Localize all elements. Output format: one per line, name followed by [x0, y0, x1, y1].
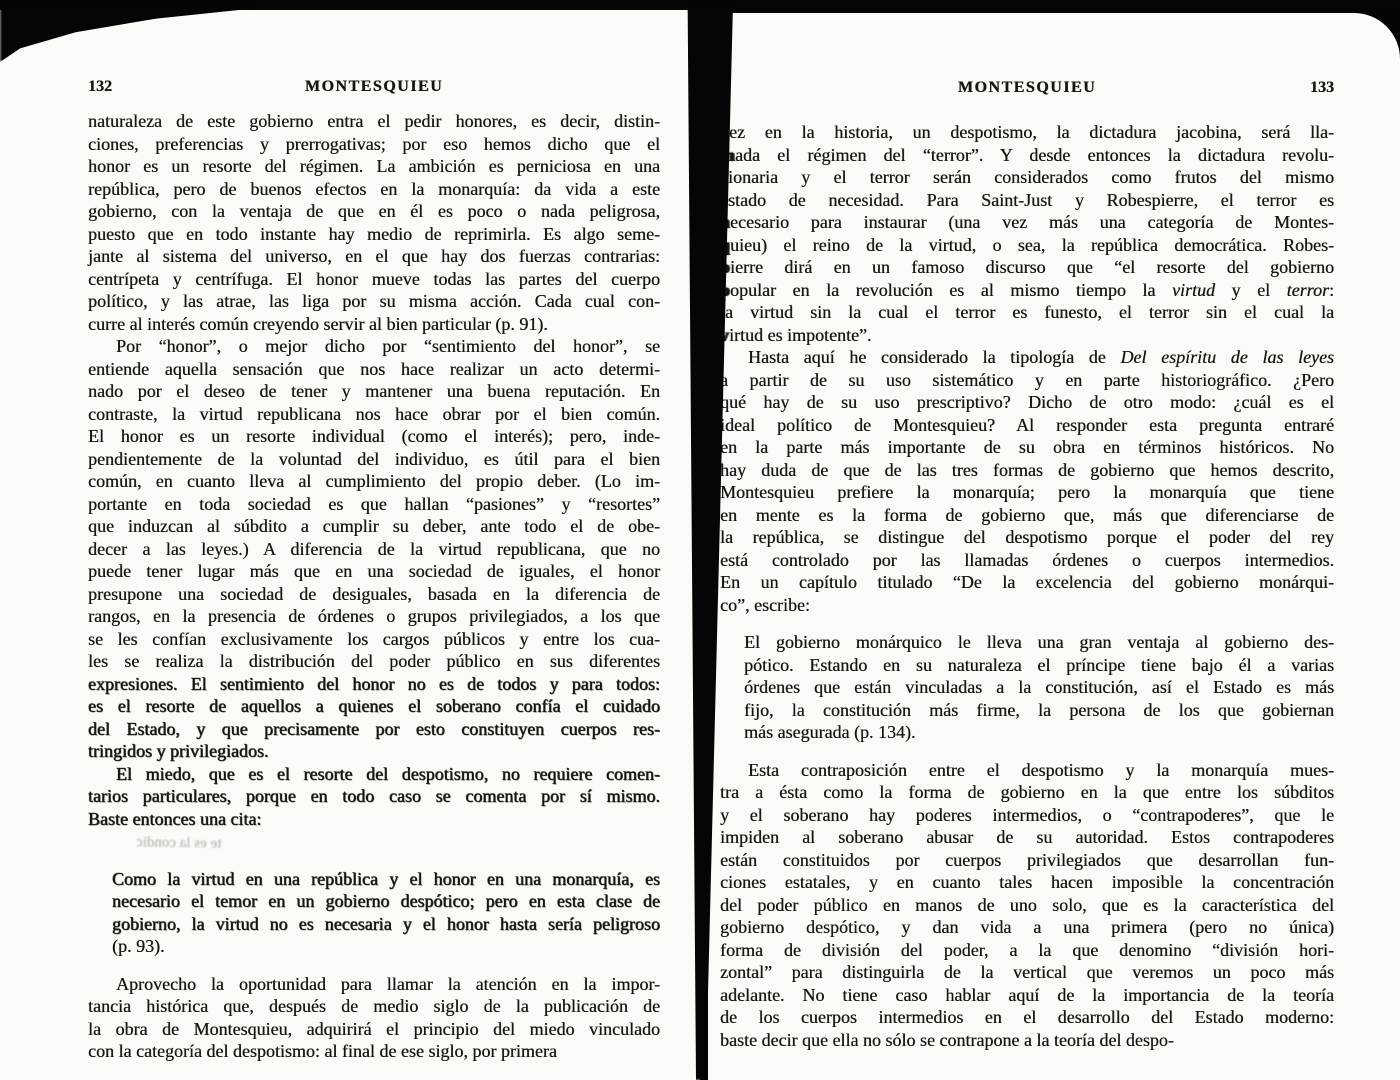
- bleed-through-artifact: te es la condic: [88, 830, 660, 853]
- text-line: El miedo, que es el resorte del despotis…: [88, 763, 660, 786]
- text-line: rangos, en la presencia de órdenes o gru…: [88, 605, 660, 628]
- text-line: estado de necesidad. Para Saint-Just y R…: [720, 189, 1334, 212]
- left-page-header: 132 MONTESQUIEU: [88, 78, 660, 102]
- text-line: entiende aquella sensación que nos hace …: [88, 358, 660, 381]
- text-line: nado por el deseo de tener y mantener un…: [88, 380, 660, 403]
- text-line: que induzcan al súbdito a cumplir su deb…: [88, 515, 660, 538]
- text-line: impiden al soberano abusar de su autorid…: [720, 826, 1334, 849]
- text-line: con la categoría del despotismo: al fina…: [88, 1040, 660, 1063]
- text-line: Por “honor”, o mejor dicho por “sentimie…: [88, 335, 660, 358]
- text-line: Baste entonces una cita:: [88, 808, 660, 831]
- text-line: la república, se distingue del despotism…: [720, 526, 1334, 549]
- right-text-column: vez en la historia, un despotismo, la di…: [720, 121, 1334, 1051]
- text-line: del poder público en manos de uno solo, …: [720, 894, 1334, 917]
- paragraph: El miedo, que es el resorte del despotis…: [88, 763, 660, 831]
- text-line: político, y las atrae, las liga por su m…: [88, 290, 660, 313]
- text-line: honor es un resorte del régimen. La ambi…: [88, 155, 660, 178]
- paragraph: Hasta aquí he considerado la tipología d…: [720, 346, 1334, 616]
- text-line: pendientemente de la voluntad del indivi…: [88, 448, 660, 471]
- text-line: Hasta aquí he considerado la tipología d…: [720, 346, 1334, 369]
- text-line: república, pero de buenos efectos en la …: [88, 178, 660, 201]
- text-line: y el soberano hay poderes intermedios, o…: [720, 804, 1334, 827]
- text-line: En un capítulo titulado “De la excelenci…: [720, 571, 1334, 594]
- paragraph: Esta contraposición entre el despotismo …: [720, 759, 1334, 1052]
- text-line: de los cuerpos intermedios en el desarro…: [720, 1006, 1334, 1029]
- text-line: se les confían exclusivamente los cargos…: [88, 628, 660, 651]
- text-line: les se realiza la distribución del poder…: [88, 650, 660, 673]
- text-line: naturaleza de este gobierno entra el ped…: [88, 110, 660, 133]
- text-line: ideal político de Montesquieu? Al respon…: [720, 414, 1334, 437]
- text-line: en la parte más importante de su obra en…: [720, 436, 1334, 459]
- right-page: MONTESQUIEU 133 vez en la historia, un d…: [708, 13, 1400, 1080]
- text-line: gobierno, con la ventaja de que en él es…: [88, 200, 660, 223]
- text-line: presupone una sociedad de desiguales, ba…: [88, 583, 660, 606]
- text-line: decer a las leyes.) A diferencia de la v…: [88, 538, 660, 561]
- page-number: 133: [1310, 79, 1334, 97]
- paragraph: Por “honor”, o mejor dicho por “sentimie…: [88, 335, 660, 763]
- text-line: hay duda de que de las tres formas de go…: [720, 459, 1334, 482]
- text-line: pótico. Estando en su naturaleza el prín…: [744, 654, 1334, 677]
- text-line: centrípeta y centrífuga. El honor mueve …: [88, 268, 660, 291]
- text-line: pierre dirá en un famoso discurso que “e…: [720, 256, 1334, 279]
- running-head: MONTESQUIEU: [88, 78, 660, 96]
- block-quote: Como la virtud en una república y el hon…: [112, 868, 660, 958]
- text-line: la virtud sin la cual el terror es funes…: [720, 301, 1334, 324]
- text-line: popular en la revolución es al mismo tie…: [720, 279, 1334, 302]
- text-line: a partir de su uso sistemático y en part…: [720, 369, 1334, 392]
- text-line: Como la virtud en una república y el hon…: [112, 868, 660, 891]
- text-line: El gobierno monárquico le lleva una gran…: [744, 631, 1334, 654]
- text-line: órdenes que están vinculadas a la consti…: [744, 676, 1334, 699]
- right-page-header: MONTESQUIEU 133: [720, 79, 1334, 103]
- text-line: portante en toda sociedad es que hallan …: [88, 493, 660, 516]
- paragraph: vez en la historia, un despotismo, la di…: [720, 121, 1334, 346]
- text-line: mada el régimen del “terror”. Y desde en…: [720, 144, 1334, 167]
- text-line: Montesquieu prefiere la monarquía; pero …: [720, 481, 1334, 504]
- left-page: 132 MONTESQUIEU naturaleza de este gobie…: [0, 10, 700, 1080]
- text-line: gobierno despótico, y dan vida a una pri…: [720, 916, 1334, 939]
- text-line: puesto que en todo instante hay medio de…: [88, 223, 660, 246]
- paragraph: naturaleza de este gobierno entra el ped…: [88, 110, 660, 335]
- text-line: Esta contraposición entre el despotismo …: [720, 759, 1334, 782]
- block-quote: El gobierno monárquico le lleva una gran…: [744, 631, 1334, 744]
- text-line: gobierno, la virtud no es necesaria y el…: [112, 913, 660, 936]
- text-line: adelante. No tiene caso hablar aquí de l…: [720, 984, 1334, 1007]
- text-line: común, en cuanto lleva al cumplimiento d…: [88, 470, 660, 493]
- text-line: fijo, la constitución más firme, la pers…: [744, 699, 1334, 722]
- text-line: tringidos y privilegiados.: [88, 740, 660, 763]
- text-line: están constituidos por cuerpos privilegi…: [720, 849, 1334, 872]
- paragraph: Aprovecho la oportunidad para llamar la …: [88, 973, 660, 1063]
- text-line: vez en la historia, un despotismo, la di…: [720, 121, 1334, 144]
- text-line: más asegurada (p. 134).: [744, 721, 1334, 744]
- text-line: curre al interés común creyendo servir a…: [88, 313, 660, 336]
- text-line: quieu) el reino de la virtud, o sea, la …: [720, 234, 1334, 257]
- text-line: está controlado por las llamadas órdenes…: [720, 549, 1334, 572]
- running-head: MONTESQUIEU: [720, 79, 1334, 97]
- text-line: tra a ésta como la forma de gobierno en …: [720, 781, 1334, 804]
- text-line: tarios particulares, porque en todo caso…: [88, 785, 660, 808]
- left-text-column: naturaleza de este gobierno entra el ped…: [88, 110, 660, 1063]
- text-line: necesario para instaurar (una vez más un…: [720, 211, 1334, 234]
- mirrored-bleed-text: te es la condic: [136, 831, 222, 855]
- text-line: es el resorte de aquellos a quienes el s…: [88, 695, 660, 718]
- text-line: cionaria y el terror serán considerados …: [720, 166, 1334, 189]
- text-line: contraste, la virtud republicana nos hac…: [88, 403, 660, 426]
- text-line: ciones, preferencias y prerrogativas; po…: [88, 133, 660, 156]
- text-line: en mente es la forma de gobierno que, má…: [720, 504, 1334, 527]
- text-line: zontal” para distinguirla de la vertical…: [720, 961, 1334, 984]
- text-line: (p. 93).: [112, 935, 660, 958]
- text-line: puede tener lugar más que en una socieda…: [88, 560, 660, 583]
- text-line: virtud es impotente”.: [720, 324, 1334, 347]
- text-line: ciones estatales, y en cuanto tales hace…: [720, 871, 1334, 894]
- text-line: necesario el temor en un gobierno despót…: [112, 890, 660, 913]
- text-line: tancia histórica que, después de medio s…: [88, 995, 660, 1018]
- text-line: El honor es un resorte individual (como …: [88, 425, 660, 448]
- text-line: baste decir que ella no sólo se contrapo…: [720, 1029, 1334, 1052]
- text-line: la obra de Montesquieu, adquirirá el pri…: [88, 1018, 660, 1041]
- text-line: co”, escribe:: [720, 594, 1334, 617]
- text-line: qué hay de su uso prescriptivo? Dicho de…: [720, 391, 1334, 414]
- text-line: forma de división del poder, a la que de…: [720, 939, 1334, 962]
- text-line: expresiones. El sentimiento del honor no…: [88, 673, 660, 696]
- text-line: del Estado, y que precisamente por esto …: [88, 718, 660, 741]
- text-line: Aprovecho la oportunidad para llamar la …: [88, 973, 660, 996]
- text-line: jante al sistema del universo, en el que…: [88, 245, 660, 268]
